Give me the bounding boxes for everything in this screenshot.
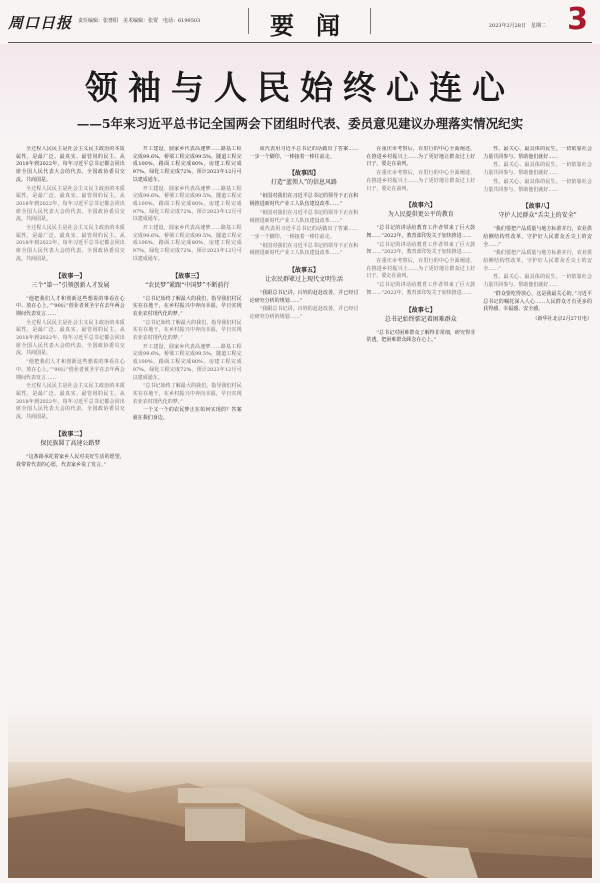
body-paragraph: 性、最关心、最具体的民生。一切依靠社会力量共同参与、帮助他们就好…… xyxy=(483,274,592,289)
body-paragraph: “总书记的讲话给教育工作者带来了巨大鼓舞……”2022年，教育部印发关于加快推进… xyxy=(366,242,475,257)
dateline: （新华社北京2月27日电） xyxy=(483,316,592,324)
story-heading-8: 【故事八】 守护人民群众“舌尖上的安全” xyxy=(483,202,592,220)
story-tag: 【故事三】 xyxy=(133,272,242,281)
body-paragraph: “我们要把产品质量与地方标准并行，农业供给侧结构性改革，守护好人民群众舌尖上的安… xyxy=(483,226,592,249)
story-tag: 【故事五】 xyxy=(250,266,359,275)
body-paragraph: 开工建设，圆家乡代表高速梦……路基工程完成99.6%，桥梁工程完成99.5%，隧… xyxy=(133,225,242,264)
headline-band: 领袖与人民始终心连心 ——5年来习近平总书记全国两会下团组时代表、委员意见建议办… xyxy=(0,44,600,140)
body-paragraph: “总书记对困难群众了解得非常细，研究得非常透，把困难群众顾念在心上。” xyxy=(366,330,475,345)
body-paragraph: “我们要把产品质量与地方标准并行，农业供给侧结构性改革，守护好人民群众舌尖上的安… xyxy=(483,250,592,273)
story-tag: 【故事四】 xyxy=(250,169,359,178)
body-paragraph: “我跟总书记讲，百姓的赶赴改善，并已经讨论研究分析的规划……” xyxy=(250,306,359,321)
body-paragraph: 全过程人民民主是社会主义民主政治的本质属性，是最广泛、最真实、最管用的民主。从2… xyxy=(16,186,125,225)
story-tag: 【故事一】 xyxy=(16,272,125,281)
story-title: 守护人民群众“舌尖上的安全” xyxy=(483,211,592,220)
body-paragraph: “祖国对我们在习近平总书记的领导下正在积极推进新时代产业工人队伍建设改革……” xyxy=(250,193,359,208)
column-2: 开工建设，圆家乡代表高速梦……路基工程完成99.6%，桥梁工程完成99.5%，隧… xyxy=(133,146,242,702)
story-title: 让农民群眾过上现代文明生活 xyxy=(250,275,359,284)
body-paragraph: “总书记始终了解最大的我们，指导我们村民实在在地干，在乡村振兴中奔向幸福，早日实… xyxy=(133,296,242,319)
story-tag: 【故事二】 xyxy=(16,430,125,439)
story-tag: 【故事八】 xyxy=(483,202,592,211)
story-tag: 【故事六】 xyxy=(366,201,475,210)
body-paragraph: “祖国对我们在习近平总书记的领导下正在积极推进新时代产业工人队伍建设改革……” xyxy=(250,243,359,258)
body-paragraph: 在重庆市考察后，百里行的中心全面阐述，在推进乡村振兴上……为了更好地让群众过上好… xyxy=(366,170,475,193)
body-paragraph: “他把我们人才和创新这些想说的事看在心中、放在心上。”“90后”创业者黄圣宇在去… xyxy=(16,359,125,382)
body-paragraph: “总书记的讲话给教育工作者带来了巨大鼓舞……”2022年，教育部印发关于加快推进… xyxy=(366,225,475,240)
story-heading-1: 【故事一】 三个“第一”引领创新人才发展 xyxy=(16,272,125,290)
masthead-divider xyxy=(370,8,371,34)
story-heading-5: 【故事五】 让农民群眾过上现代文明生活 xyxy=(250,266,359,284)
story-heading-2: 【故事二】 保民族圆了高速公路梦 xyxy=(16,430,125,448)
watchtower xyxy=(185,807,245,841)
column-3: 成代表用习近平总书记的话做出了答案……一步一个脚印，一棒接着一棒往前走。 【故事… xyxy=(250,146,359,702)
article-body: 全过程人民民主是社会主义民主政治的本质属性，是最广泛、最真实、最管用的民主。从2… xyxy=(16,146,592,702)
body-paragraph: 性、最关心、最具体的民生。一切依靠社会力量共同参与、帮助他们就好…… xyxy=(483,162,592,177)
body-paragraph: “总书记始终了解最大的我们，指导我们村民实在在地干，在乡村振兴中奔向幸福，早日实… xyxy=(133,383,242,406)
editor-credits: 责任编辑：张謇阳 美术编辑：张贾 电话：6199503 xyxy=(78,17,200,24)
body-paragraph: 全过程人民民主是社会主义民主政治的本质属性，是最广泛、最真实、最管用的民主。从2… xyxy=(16,320,125,359)
body-paragraph: 开工建设，圆家乡代表高速梦……路基工程完成99.6%，桥梁工程完成99.5%，隧… xyxy=(133,344,242,383)
column-1: 全过程人民民主是社会主义民主政治的本质属性，是最广泛、最真实、最管用的民主。从2… xyxy=(16,146,125,702)
subheadline: ——5年来习近平总书记全国两会下团组时代表、委员意见建议办理落实情况纪实 xyxy=(0,114,600,132)
body-paragraph: 成代表用习近平总书记的话做出了答案……一步一个脚印，一棒接着一棒往前走。 xyxy=(250,146,359,161)
intro-paragraph: 全过程人民民主是社会主义民主政治的本质属性，是最广泛、最真实、最管用的民主。从2… xyxy=(16,146,125,185)
page-number: 3 xyxy=(567,2,588,37)
mountain-ridge-icon xyxy=(8,748,592,878)
masthead-divider xyxy=(248,8,249,34)
body-paragraph: 开工建设，圆家乡代表高速梦……路基工程完成99.6%，桥梁工程完成99.5%，隧… xyxy=(133,146,242,185)
story-heading-3: 【故事三】 “农民梦”紧跟“中国梦”不断前行 xyxy=(133,272,242,290)
newspaper-logo: 周口日报 xyxy=(8,12,72,33)
body-paragraph: “总书记始终了解最大的我们，指导我们村民实在在地干，在乡村振兴中奔向幸福，早日实… xyxy=(133,320,242,343)
masthead: 周口日报 责任编辑：张謇阳 美术编辑：张贾 电话：6199503 要闻 2023… xyxy=(8,0,592,43)
story-title: “农民梦”紧跟“中国梦”不断前行 xyxy=(133,281,242,290)
body-paragraph: “我跟总书记讲，百姓的赶赴改善，并已经讨论研究分析的规划……” xyxy=(250,290,359,305)
body-paragraph: 开工建设，圆家乡代表高速梦……路基工程完成99.6%，桥梁工程完成99.5%，隧… xyxy=(133,186,242,225)
story-title: 为人民提供更公平的教育 xyxy=(366,210,475,219)
story-heading-4: 【故事四】 打造“蓝领人”的信息风路 xyxy=(250,169,359,187)
body-paragraph: 全过程人民民主是社会主义民主政治的本质属性，是最广泛、最真实、最管用的民主。从2… xyxy=(16,383,125,422)
section-title: 要闻 xyxy=(270,6,362,41)
body-paragraph: “群众要吃得放心，这是我最关心的。”习近平总书记的嘱托深入人心……人民群众才有更… xyxy=(483,291,592,314)
great-wall-photo xyxy=(8,702,592,878)
body-paragraph: 性、最关心、最具体的民生。一切依靠社会力量共同参与、帮助他们就好…… xyxy=(483,146,592,161)
body-paragraph: “这条路承托着家乡人民对美好生活的愿望，我带着代表的心愿，代表家乡说了发言。” xyxy=(16,454,125,469)
body-paragraph: 一个又一个的农民梦正在如何实现的？答案就在我们身边。 xyxy=(133,407,242,422)
issue-date: 2023年2月28日 星期二 xyxy=(489,22,546,29)
story-title: 打造“蓝领人”的信息风路 xyxy=(250,178,359,187)
main-headline: 领袖与人民始终心连心 xyxy=(0,62,600,109)
story-heading-7: 【故事七】 总书记始终惦记着困难群众 xyxy=(366,306,475,324)
body-paragraph: “总书记的讲话给教育工作者带来了巨大鼓舞……”2022年，教育部印发关于加快推进… xyxy=(366,282,475,297)
column-5: 性、最关心、最具体的民生。一切依靠社会力量共同参与、帮助他们就好…… 性、最关心… xyxy=(483,146,592,702)
story-title: 三个“第一”引领创新人才发展 xyxy=(16,281,125,290)
body-paragraph: 在重庆市考察后，百里行的中心全面阐述，在推进乡村振兴上……为了更好地让群众过上好… xyxy=(366,146,475,169)
body-paragraph: 成代表用习近平总书记的话做出了答案……一步一个脚印，一棒接着一棒往前走。 xyxy=(250,226,359,241)
body-paragraph: 在重庆市考察后，百里行的中心全面阐述，在推进乡村振兴上……为了更好地让群众过上好… xyxy=(366,258,475,281)
body-paragraph: “他把我们人才和创新这些想说的事看在心中、放在心上。”“90后”创业者黄圣宇在去… xyxy=(16,296,125,319)
story-title: 总书记始终惦记着困难群众 xyxy=(366,315,475,324)
body-paragraph: “祖国对我们在习近平总书记的领导下正在积极推进新时代产业工人队伍建设改革……” xyxy=(250,210,359,225)
story-heading-6: 【故事六】 为人民提供更公平的教育 xyxy=(366,201,475,219)
body-paragraph: 全过程人民民主是社会主义民主政治的本质属性，是最广泛、最真实、最管用的民主。从2… xyxy=(16,225,125,264)
story-tag: 【故事七】 xyxy=(366,306,475,315)
column-4: 在重庆市考察后，百里行的中心全面阐述，在推进乡村振兴上……为了更好地让群众过上好… xyxy=(366,146,475,702)
story-title: 保民族圆了高速公路梦 xyxy=(16,439,125,448)
body-paragraph: 性、最关心、最具体的民生。一切依靠社会力量共同参与、帮助他们就好…… xyxy=(483,179,592,194)
